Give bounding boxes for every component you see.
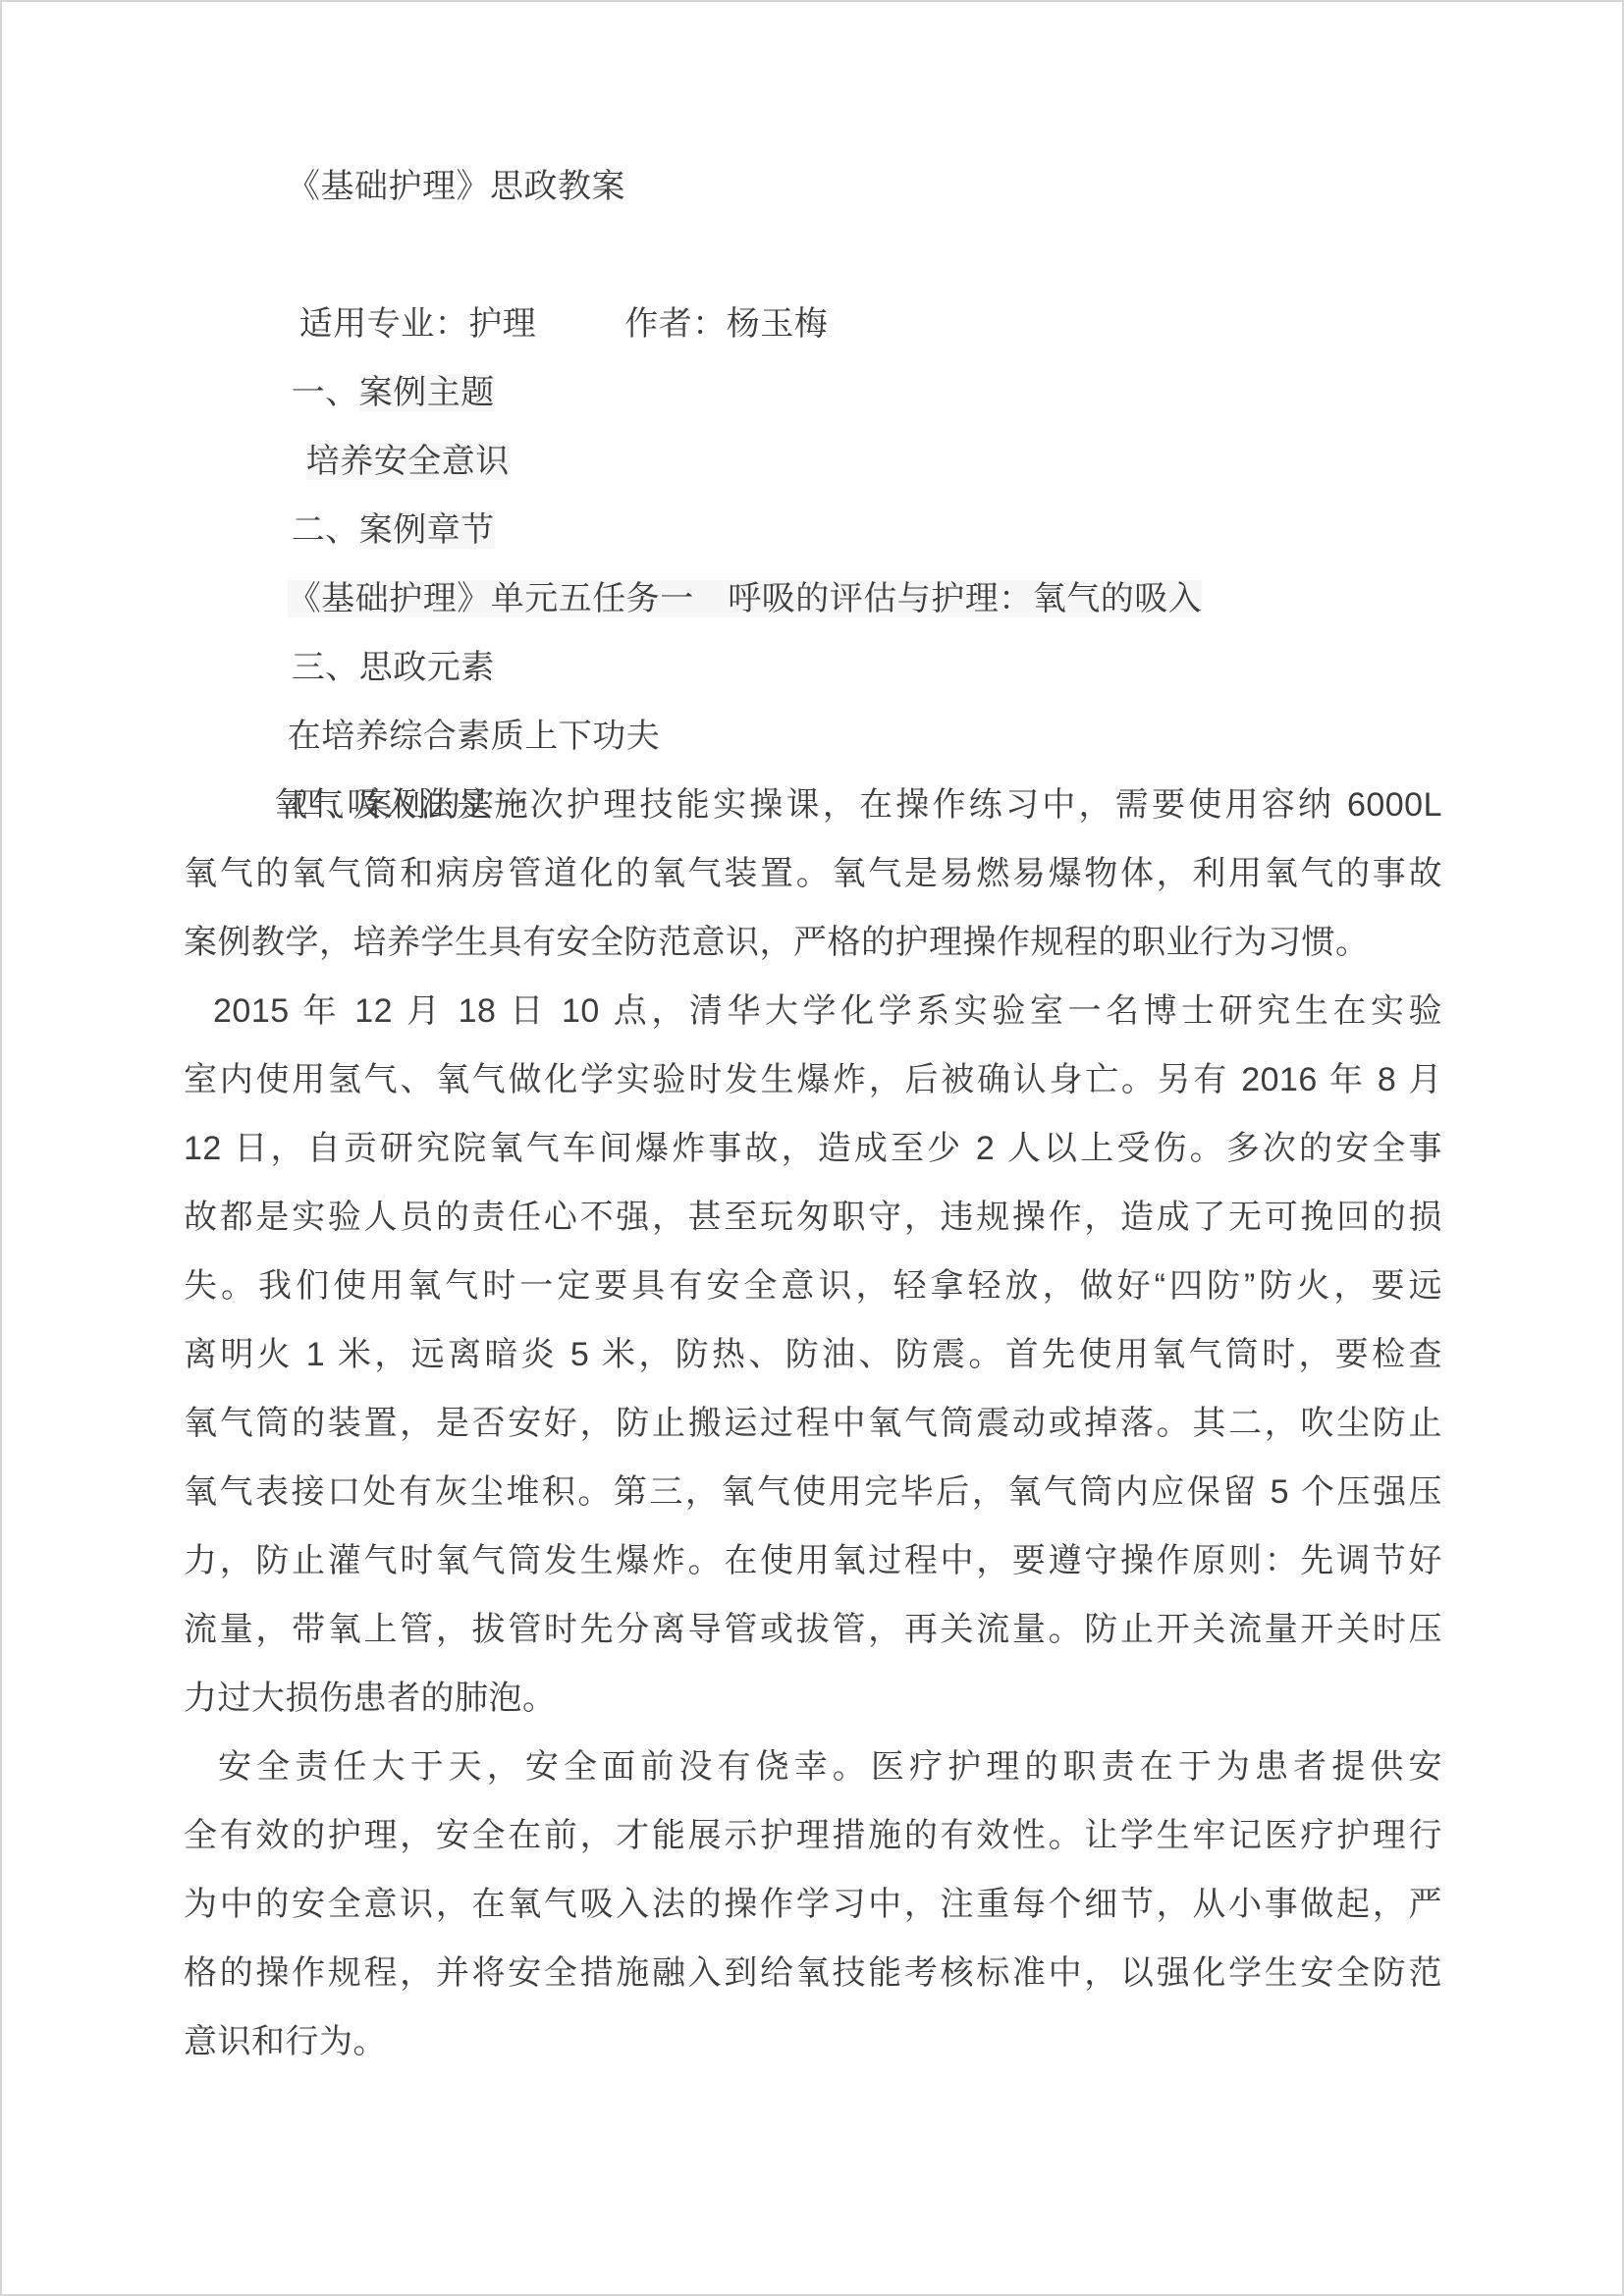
section-1-number: 一、 <box>292 374 359 411</box>
paragraph-2-line: 12 日，自贡研究院氧气车间爆炸事故，造成至少 2 人以上受伤。多次的安全事 <box>184 1114 1442 1183</box>
section-2-number: 二、 <box>292 511 359 549</box>
document-page: 《基础护理》思政教案 适用专业：护理作者：杨玉梅 一、案例主题 培养安全意识 二… <box>0 0 1624 2296</box>
section-3-title: 思政元素 <box>359 649 495 686</box>
section-2-content-text: 《基础护理》单元五任务一 呼吸的评估与护理：氧气的吸入 <box>288 580 1203 617</box>
section-3-number: 三、 <box>292 649 359 686</box>
paragraph-3-line: 全有效的护理，安全在前，才能展示护理措施的有效性。让学生牢记医疗护理行 <box>184 1801 1442 1870</box>
paragraph-2-line: 力，防止灌气时氧气筒发生爆炸。在使用氧过程中，要遵守操作原则：先调节好 <box>184 1526 1442 1595</box>
paragraph-2-line: 流量，带氧上管，拔管时先分离导管或拔管，再关流量。防止开关流量开关时压 <box>184 1595 1442 1664</box>
paragraph-2-line: 氧气表接口处有灰尘堆积。第三，氧气使用完毕后，氧气筒内应保留 5 个压强压 <box>184 1458 1442 1526</box>
meta-author: 作者：杨玉梅 <box>624 305 828 343</box>
section-1-title: 案例主题 <box>359 374 495 411</box>
paragraph-2-line: 2015 年 12 月 18 日 10 点，清华大学化学系实验室一名博士研究生在… <box>184 977 1442 1045</box>
document-title: 《基础护理》思政教案 <box>184 152 1442 221</box>
paragraph-2-line: 室内使用氢气、氧气做化学实验时发生爆炸，后被确认身亡。另有 2016 年 8 月 <box>184 1045 1442 1114</box>
paragraph-2-line: 氧气筒的装置，是否安好，防止搬运过程中氧气筒震动或掉落。其二，吹尘防止 <box>184 1389 1442 1458</box>
section-1-content-text: 培养安全意识 <box>306 443 510 480</box>
document-meta: 适用专业：护理作者：杨玉梅 <box>184 221 1442 290</box>
section-3-content-text: 在培养综合素质上下功夫 <box>288 718 661 755</box>
meta-major: 适用专业：护理 <box>299 305 537 343</box>
paragraph-1-line: 氧气的氧气筒和病房管道化的氧气装置。氧气是易燃易爆物体，利用氧气的事故 <box>184 839 1442 908</box>
paragraph-2-line: 失。我们使用氧气时一定要具有安全意识，轻拿轻放，做好“四防”防火，要远 <box>184 1252 1442 1320</box>
paragraph-1-line: 案例教学，培养学生具有安全防范意识，严格的护理操作规程的职业行为习惯。 <box>184 908 1442 977</box>
paragraph-3-line: 意识和行为。 <box>184 2007 1442 2076</box>
paragraph-3-line: 安全责任大于天，安全面前没有侥幸。医疗护理的职责在于为患者提供安 <box>184 1733 1442 1801</box>
paragraph-3-line: 为中的安全意识，在氧气吸入法的操作学习中，注重每个细节，从小事做起，严 <box>184 1870 1442 1939</box>
paragraph-2-line: 离明火 1 米，远离暗炎 5 米，防热、防油、防震。首先使用氧气筒时，要检查 <box>184 1320 1442 1389</box>
paragraph-3-line: 格的操作规程，并将安全措施融入到给氧技能考核标准中，以强化学生安全防范 <box>184 1939 1442 2007</box>
section-2-title: 案例章节 <box>359 511 495 549</box>
paragraph-1-line: 氧气吸入法是一次护理技能实操课，在操作练习中，需要使用容纳 6000L <box>184 771 1442 839</box>
paragraph-2-line: 力过大损伤患者的肺泡。 <box>184 1664 1442 1733</box>
paragraph-2-line: 故都是实验人员的责任心不强，甚至玩匆职守，违规操作，造成了无可挽回的损 <box>184 1183 1442 1252</box>
